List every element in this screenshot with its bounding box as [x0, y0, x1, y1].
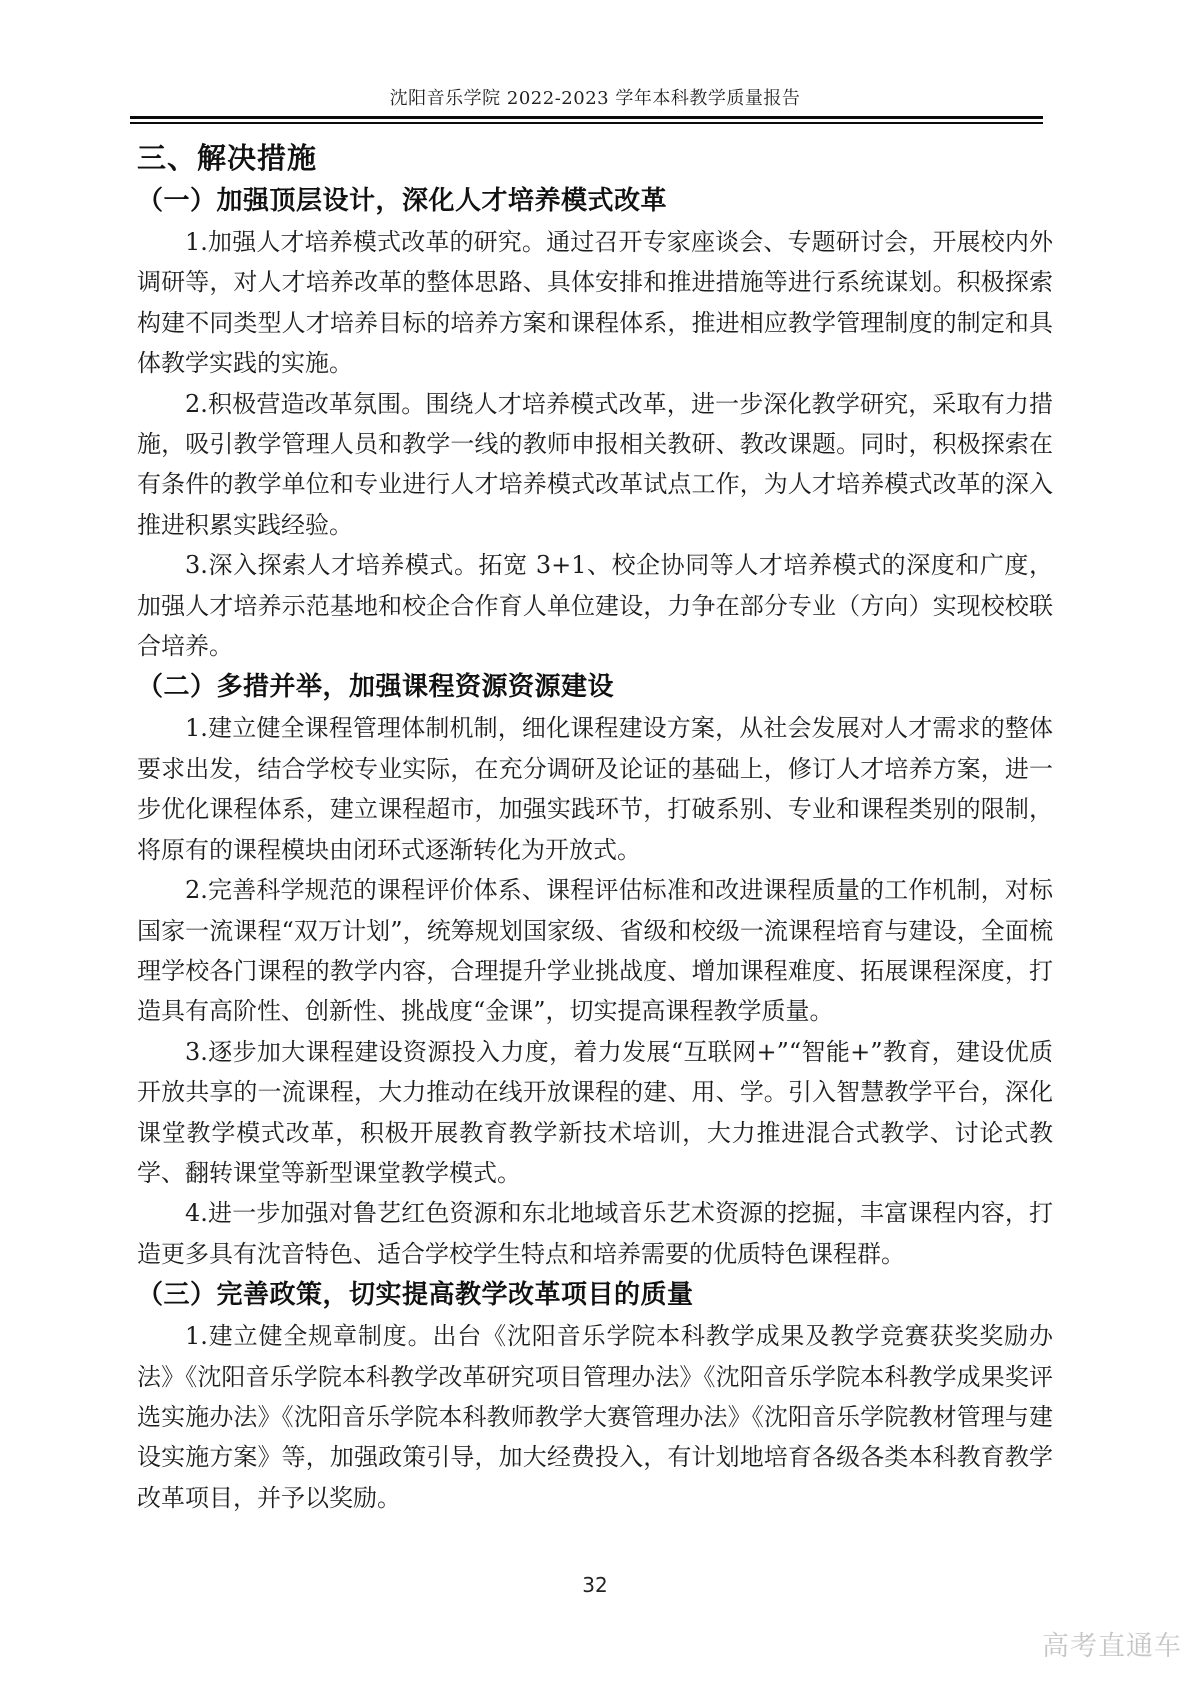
paragraph: 1.建立健全规章制度。出台《沈阳音乐学院本科教学成果及教学竞赛获奖奖励办法》《沈… [137, 1316, 1053, 1518]
header-title: 沈阳音乐学院 2022-2023 学年本科教学质量报告 [0, 84, 1190, 110]
subsection-title-2: （二）多措并举，加强课程资源资源建设 [137, 666, 1053, 708]
paragraph: 3.逐步加大课程建设资源投入力度，着力发展“互联网+”“智能+”教育，建设优质开… [137, 1032, 1053, 1194]
paragraph: 2.完善科学规范的课程评价体系、课程评估标准和改进课程质量的工作机制，对标国家一… [137, 870, 1053, 1032]
paragraph: 2.积极营造改革氛围。围绕人才培养模式改革，进一步深化教学研究，采取有力措施，吸… [137, 384, 1053, 546]
subsection-title-1: （一）加强顶层设计，深化人才培养模式改革 [137, 180, 1053, 222]
header-double-rule [130, 116, 1043, 124]
document-page: 沈阳音乐学院 2022-2023 学年本科教学质量报告 三、解决措施 （一）加强… [0, 0, 1190, 1684]
watermark-text: 高考直通车 [1042, 1630, 1182, 1664]
document-body: 三、解决措施 （一）加强顶层设计，深化人才培养模式改革 1.加强人才培养模式改革… [137, 138, 1053, 1518]
paragraph: 1.加强人才培养模式改革的研究。通过召开专家座谈会、专题研讨会，开展校内外调研等… [137, 222, 1053, 384]
page-number: 32 [0, 1572, 1190, 1598]
paragraph: 1.建立健全课程管理体制机制，细化课程建设方案，从社会发展对人才需求的整体要求出… [137, 708, 1053, 870]
section-title: 三、解决措施 [137, 138, 1053, 178]
paragraph: 3.深入探索人才培养模式。拓宽 3+1、校企协同等人才培养模式的深度和广度，加强… [137, 545, 1053, 666]
paragraph: 4.进一步加强对鲁艺红色资源和东北地域音乐艺术资源的挖掘，丰富课程内容，打造更多… [137, 1193, 1053, 1274]
subsection-title-3: （三）完善政策，切实提高教学改革项目的质量 [137, 1274, 1053, 1316]
